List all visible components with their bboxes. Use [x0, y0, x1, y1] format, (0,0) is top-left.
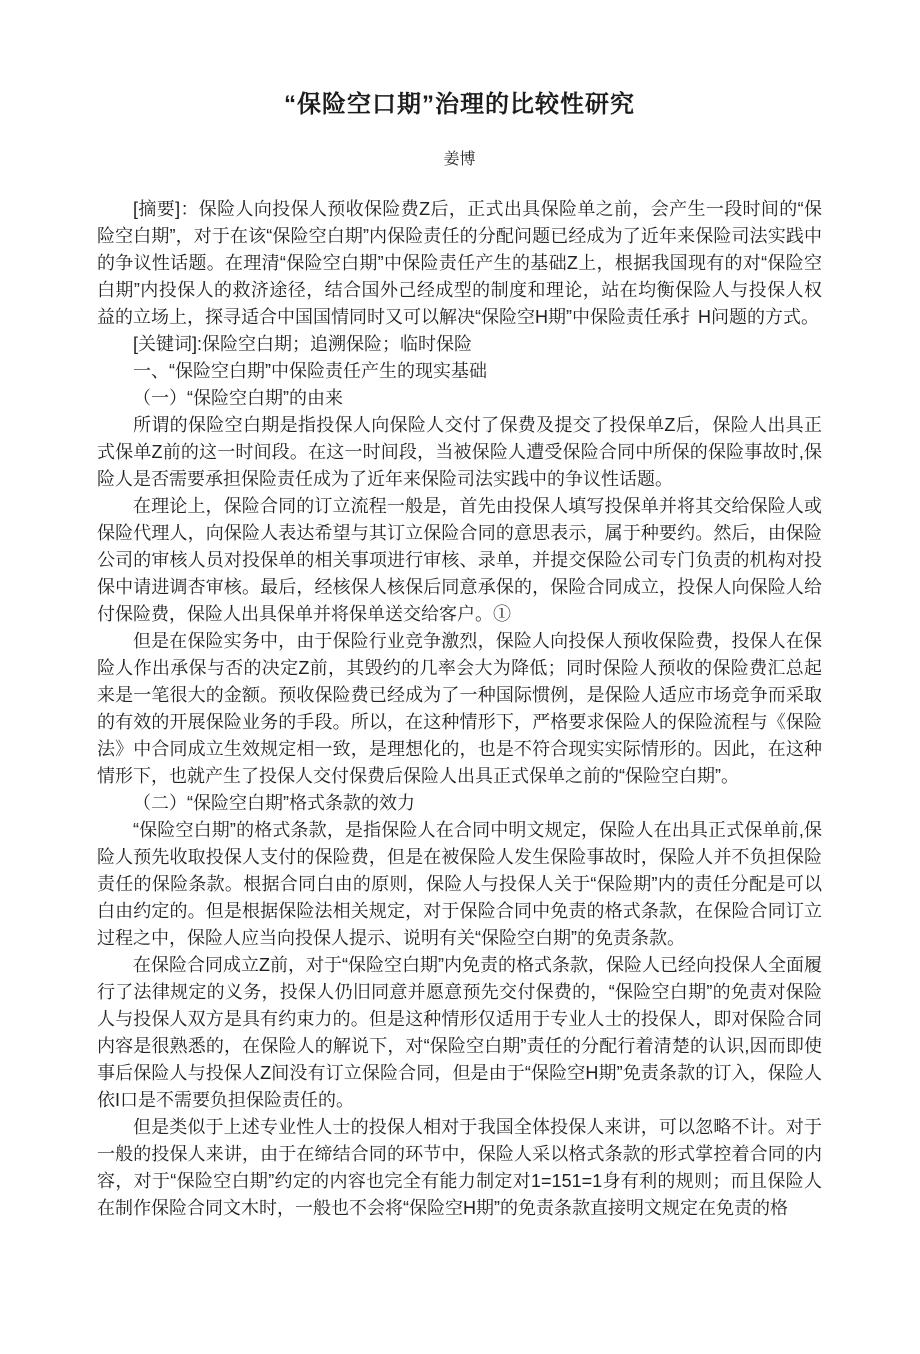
body-paragraph: 在理论上，保险合同的订立流程一般是，首先由投保人填写投保单并将其交给保险人或保险…: [97, 493, 822, 628]
document-content: “保险空口期”治理的比较性研究 姜博 [摘要]：保险人向投保人预收保险费Z后，正…: [0, 0, 920, 1222]
body-paragraph: 但是在保险实务中，由于保险行业竞争激烈，保险人向投保人预收保险费，投保人在保险人…: [97, 628, 822, 790]
paragraph-list: [摘要]：保险人向投保人预收保险费Z后，正式出具保险单之前，会产生一段时间的“保…: [97, 196, 822, 1222]
abstract-paragraph: [摘要]：保险人向投保人预收保险费Z后，正式出具保险单之前，会产生一段时间的“保…: [97, 196, 822, 331]
author-name: 姜博: [97, 150, 822, 170]
subsection-heading: （一）“保险空白期”的由来: [97, 385, 822, 412]
page-title: “保险空口期”治理的比较性研究: [97, 88, 822, 122]
keywords-line: [关键词]:保险空白期；追溯保险；临时保险: [97, 331, 822, 358]
subsection-heading: （二）“保险空白期”格式条款的效力: [97, 790, 822, 817]
section-heading: 一、“保险空白期”中保险责任产生的现实基础: [97, 358, 822, 385]
body-paragraph: 但是类似于上述专业性人士的投保人相对于我国全体投保人来讲，可以忽略不计。对于一般…: [97, 1114, 822, 1222]
document-page: “保险空口期”治理的比较性研究 姜博 [摘要]：保险人向投保人预收保险费Z后，正…: [0, 0, 920, 1354]
body-paragraph: 所谓的保险空白期是指投保人向保险人交付了保费及提交了投保单Z后，保险人出具正式保…: [97, 412, 822, 493]
body-paragraph: “保险空白期”的格式条款，是指保险人在合同中明文规定，保险人在出具正式保单前,保…: [97, 817, 822, 952]
body-paragraph: 在保险合同成立Z前，对于“保险空白期”内免责的格式条款，保险人已经向投保人全面履…: [97, 952, 822, 1114]
